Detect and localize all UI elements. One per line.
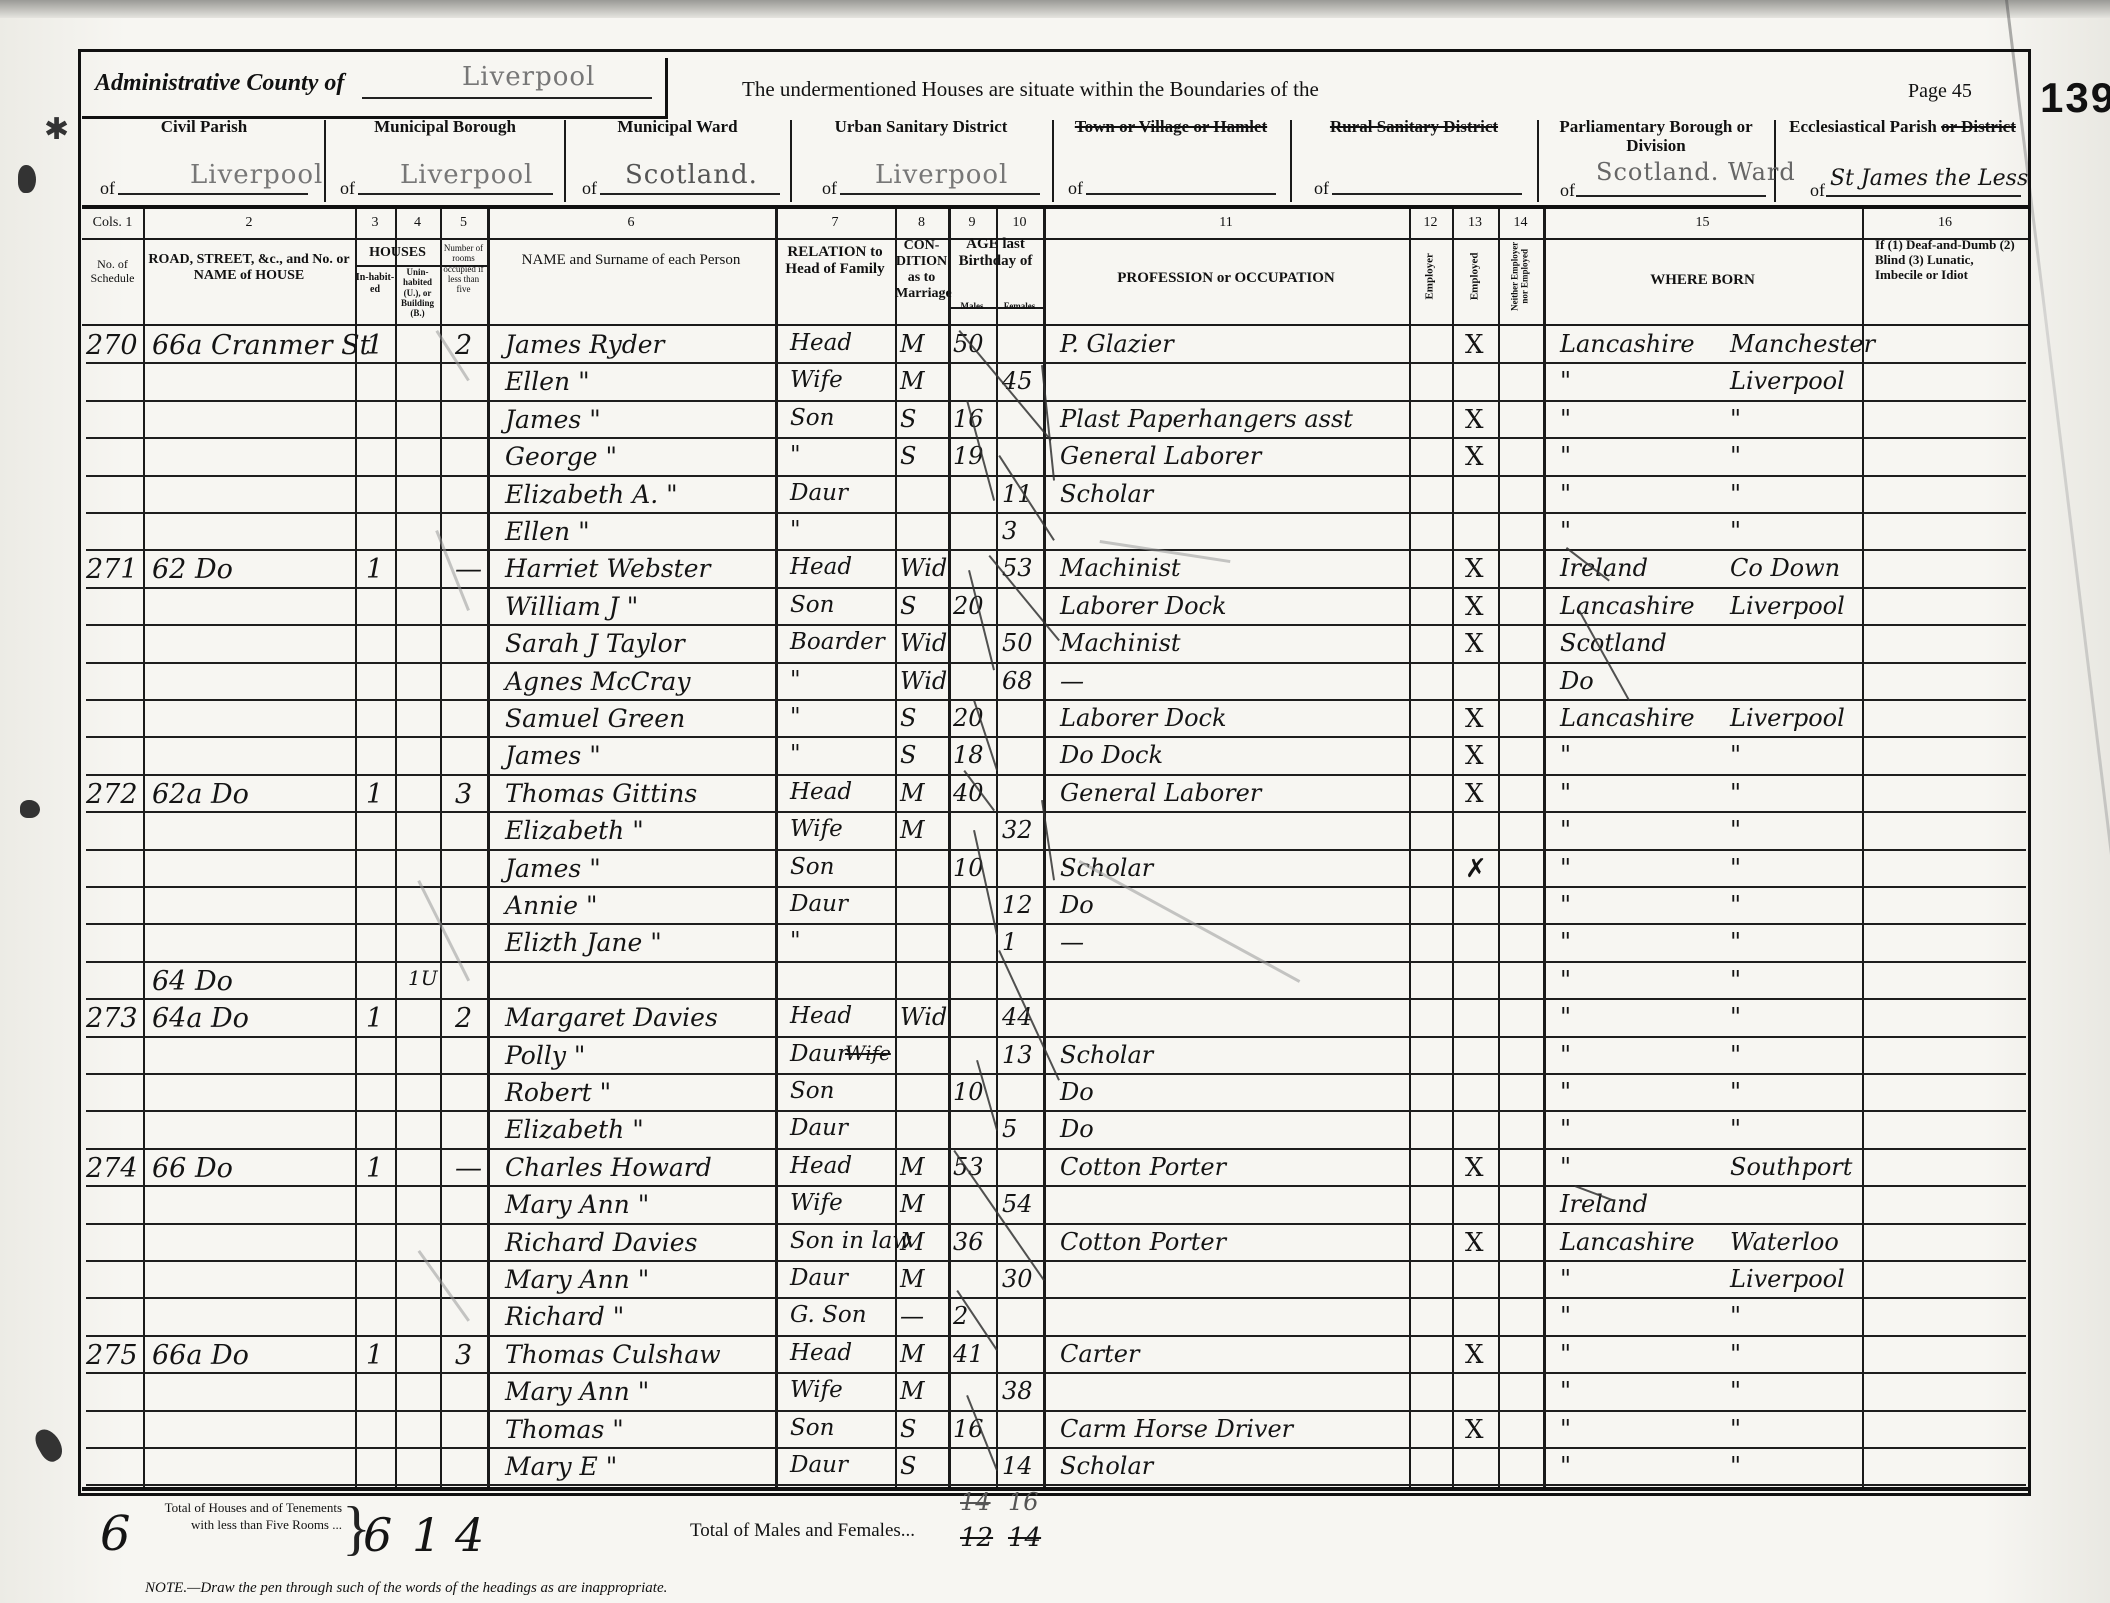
occupation: Machinist (1060, 631, 1181, 655)
relation-to-head: Son in law (790, 1230, 912, 1253)
birthplace-town: " (1730, 930, 1741, 954)
birthplace-county: " (1560, 1080, 1571, 1104)
houses-inhabited: 1 (366, 556, 383, 583)
birthplace-town: " (1730, 818, 1741, 842)
header-schedule: No. of Schedule (82, 258, 143, 286)
row-rule (86, 811, 2026, 813)
district-label-rural-sanitary: Rural Sanitary District (1296, 118, 1532, 137)
admin-county-label: Administrative County of (95, 70, 344, 97)
row-rule (86, 886, 2026, 888)
birthplace-town: " (1730, 407, 1741, 431)
marital-condition: M (900, 1155, 925, 1179)
district-divider (1290, 120, 1292, 202)
schedule-number: 274 (86, 1155, 138, 1182)
of-label: of (100, 178, 115, 199)
birthplace-county: Do (1560, 669, 1594, 693)
column-number: 4 (395, 215, 440, 231)
marital-condition: M (900, 1230, 925, 1254)
age-female: 54 (1002, 1192, 1033, 1216)
occupation: Laborer Dock (1060, 706, 1227, 730)
row-rule (86, 923, 2026, 925)
birthplace-town: Liverpool (1730, 706, 1845, 730)
person-name: Robert " (505, 1080, 611, 1105)
district-divider (1052, 120, 1054, 202)
rooms-occupied: 3 (455, 1342, 472, 1369)
header-name: NAME and Surname of each Person (520, 252, 742, 269)
underline (1576, 195, 1766, 197)
relation-to-head: " (790, 519, 801, 542)
of-label: of (340, 178, 355, 199)
underline (1332, 193, 1522, 195)
header-condition: CON-DITION as to Marriage (895, 238, 948, 302)
relation-to-head: G. Son (790, 1304, 867, 1327)
age-female: 3 (1002, 519, 1017, 543)
header-occupation: PROFESSION or OCCUPATION (1043, 270, 1409, 287)
district-value-parliamentary: Scotland. Ward (1596, 158, 1796, 186)
district-value-ecclesiastical: St James the Less (1830, 168, 2028, 190)
row-rule (86, 362, 2026, 364)
birthplace-county: " (1560, 1379, 1571, 1403)
relation-to-head: Wife (790, 818, 843, 841)
header-females: Females (996, 301, 1043, 311)
relation-to-head: Boarder (790, 631, 885, 654)
person-name: Elizabeth " (505, 1117, 644, 1142)
person-name: William J " (505, 594, 638, 619)
marital-condition: M (900, 1342, 925, 1366)
rooms-occupied: — (455, 556, 482, 583)
birthplace-county: " (1560, 407, 1571, 431)
occupation: Plast Paperhangers asst (1060, 407, 1353, 431)
relation-to-head: Head (790, 1155, 852, 1178)
rooms-occupied: — (455, 1155, 482, 1182)
birthplace-county: " (1560, 444, 1571, 468)
houses-inhabited: 1 (366, 1342, 383, 1369)
ecclesiastical-label-main: Ecclesiastical Parish (1789, 117, 1937, 136)
total-males-struck: 14 (960, 1490, 991, 1514)
relation-to-head: Head (790, 1005, 852, 1028)
district-label-municipal-borough: Municipal Borough (330, 118, 560, 137)
of-label: of (1068, 178, 1083, 199)
occupation: Scholar (1060, 1043, 1153, 1067)
header-employed: Employed (1469, 241, 1482, 311)
district-divider (790, 120, 792, 202)
person-name: Mary Ann " (505, 1267, 649, 1292)
relation-to-head: Daur (790, 893, 848, 916)
employed-mark: X (1465, 594, 1484, 620)
row-rule (86, 624, 2026, 626)
birthplace-county: " (1560, 1117, 1571, 1141)
birthplace-town: " (1730, 1080, 1741, 1104)
relation-to-head: Daur (790, 1454, 848, 1477)
birthplace-town: " (1730, 968, 1741, 992)
column-number: 13 (1452, 215, 1498, 231)
admin-county-value: Liverpool (462, 62, 595, 92)
age-female: 30 (1002, 1267, 1033, 1291)
relation-to-head: Head (790, 332, 852, 355)
marital-condition: S (900, 706, 916, 730)
occupation: Scholar (1060, 1454, 1153, 1478)
occupation: Do (1060, 893, 1094, 917)
relation-to-head: Head (790, 1342, 852, 1365)
total-females: 14 (1008, 1525, 1041, 1551)
person-name: Charles Howard (505, 1155, 712, 1180)
relation-struck: Wife (845, 1043, 891, 1063)
age-male: 36 (953, 1230, 984, 1254)
occupation: Cotton Porter (1060, 1230, 1226, 1254)
person-name: Margaret Davies (505, 1005, 718, 1030)
employed-mark: X (1465, 556, 1484, 582)
person-name: Mary Ann " (505, 1379, 649, 1404)
occupation: General Laborer (1060, 781, 1261, 805)
column-number: 6 (487, 215, 775, 231)
marital-condition: M (900, 332, 925, 356)
birthplace-town: Southport (1730, 1155, 1852, 1179)
birthplace-town: " (1730, 781, 1741, 805)
totals-rule (82, 1487, 2028, 1491)
marital-condition: S (900, 594, 916, 618)
relation-to-head: Wife (790, 369, 843, 392)
birthplace-county: " (1560, 1304, 1571, 1328)
birthplace-county: " (1560, 1043, 1571, 1067)
ink-blot (20, 800, 40, 818)
birthplace-town: " (1730, 1342, 1741, 1366)
birthplace-town: " (1730, 1379, 1741, 1403)
relation-to-head: Daur (790, 1267, 848, 1290)
person-name: Annie " (505, 893, 598, 918)
address: 66a Do (152, 1342, 249, 1369)
row-rule (86, 1447, 2026, 1449)
relation-to-head: Son (790, 1080, 834, 1103)
person-name: Richard Davies (505, 1230, 697, 1255)
relation-to-head: Daur (790, 482, 848, 505)
person-name: Thomas Culshaw (505, 1342, 721, 1367)
marital-condition: Wid (900, 1005, 947, 1029)
birthplace-town: " (1730, 1043, 1741, 1067)
row-rule (86, 437, 2026, 439)
marital-condition: Wid (900, 631, 947, 655)
total-houses-label: Total of Houses and of Tenements with le… (162, 1500, 342, 1534)
ink-blot (18, 165, 36, 193)
person-name: James " (505, 856, 601, 881)
column-number: 10 (996, 215, 1043, 231)
employed-mark: X (1465, 1155, 1484, 1181)
schedule-number: 271 (86, 556, 138, 583)
header-rooms: Number of rooms occupied if less than fi… (440, 243, 487, 295)
employed-mark: X (1465, 631, 1484, 657)
district-label-town-village: Town or Village or Hamlet (1058, 118, 1284, 137)
relation-to-head: Son (790, 1417, 834, 1440)
header-relation: RELATION to Head of Family (775, 244, 895, 279)
district-label-parliamentary: Parliamentary Borough or Division (1556, 118, 1756, 155)
employed-mark: ✗ (1465, 856, 1487, 882)
underline (358, 193, 553, 195)
boundaries-heading: The undermentioned Houses are situate wi… (742, 77, 1319, 102)
occupation: Cotton Porter (1060, 1155, 1226, 1179)
age-female: 13 (1002, 1043, 1033, 1067)
occupation: Laborer Dock (1060, 594, 1227, 618)
employed-mark: X (1465, 1230, 1484, 1256)
person-name: Elizth Jane " (505, 930, 662, 955)
margin-mark-asterisk: ✱ (44, 112, 69, 147)
header-inhabited: In-habit-ed (355, 272, 395, 295)
address: 62a Do (152, 781, 249, 808)
of-label: of (1314, 178, 1329, 199)
column-number: 9 (948, 215, 996, 231)
header-employer: Employer (1424, 241, 1437, 311)
total-persons-label: Total of Males and Females... (690, 1520, 915, 1542)
admin-county-underline (362, 97, 652, 99)
underline (600, 193, 780, 195)
birthplace-county: " (1560, 968, 1571, 992)
person-name: Ellen " (505, 369, 590, 394)
marital-condition: S (900, 1417, 916, 1441)
schedule-number: 275 (86, 1342, 138, 1369)
birthplace-county: Scotland (1560, 631, 1667, 655)
relation-to-head: Wife (790, 1192, 843, 1215)
employed-mark: X (1465, 332, 1484, 358)
folio-stamp: 139 (2040, 74, 2110, 122)
address: 66 Do (152, 1155, 233, 1182)
age-male: 18 (953, 743, 984, 767)
row-rule (86, 1297, 2026, 1299)
birthplace-town: " (1730, 856, 1741, 880)
row-rule (86, 699, 2026, 701)
relation-to-head: " (790, 444, 801, 467)
row-rule (86, 1185, 2026, 1187)
row-rule (86, 736, 2026, 738)
birthplace-county: " (1560, 482, 1571, 506)
row-rule (86, 1260, 2026, 1262)
column-number: 5 (440, 215, 487, 231)
age-female: 12 (1002, 893, 1033, 917)
row-rule (86, 1335, 2026, 1337)
total-schedules: 6 (100, 1510, 131, 1558)
district-divider (1537, 120, 1539, 202)
row-rule (86, 849, 2026, 851)
person-name: Elizabeth A. " (505, 482, 678, 507)
district-label-urban-sanitary: Urban Sanitary District (796, 118, 1046, 137)
rooms-occupied: 2 (455, 1005, 472, 1032)
occupation: Do (1060, 1117, 1094, 1141)
row-rule (86, 662, 2026, 664)
column-number: 14 (1498, 215, 1543, 231)
person-name: Ellen " (505, 519, 590, 544)
birthplace-town: " (1730, 893, 1741, 917)
person-name: Thomas Gittins (505, 781, 697, 806)
marital-condition: — (900, 1304, 924, 1328)
schedule-number: 273 (86, 1005, 138, 1032)
occupation: Carm Horse Driver (1060, 1417, 1293, 1441)
birthplace-county: " (1560, 369, 1571, 393)
age-female: 1 (1002, 930, 1017, 954)
employed-mark: X (1465, 743, 1484, 769)
address: 62 Do (152, 556, 233, 583)
of-label: of (822, 178, 837, 199)
houses-inhabited: 1 (366, 781, 383, 808)
row-rule (86, 961, 2026, 963)
age-female: 32 (1002, 818, 1033, 842)
total-rooms: 4 (455, 1512, 484, 1558)
district-divider (324, 120, 326, 202)
district-label-municipal-ward: Municipal Ward (570, 118, 785, 137)
row-rule (86, 998, 2026, 1000)
birthplace-county: " (1560, 818, 1571, 842)
birthplace-town: " (1730, 482, 1741, 506)
houses-uninhabited: 1U (408, 968, 438, 988)
person-name: Polly " (505, 1043, 585, 1068)
birthplace-county: " (1560, 1417, 1571, 1441)
birthplace-town: Manchester (1730, 332, 1875, 356)
relation-to-head: " (790, 669, 801, 692)
page-edge-shadow (0, 0, 2110, 18)
age-female: 14 (1002, 1454, 1033, 1478)
occupation: P. Glazier (1060, 332, 1174, 356)
person-name: Mary Ann " (505, 1192, 649, 1217)
person-name: Agnes McCray (505, 669, 690, 694)
of-label: of (582, 178, 597, 199)
relation-to-head: Head (790, 556, 852, 579)
schedule-number: 272 (86, 781, 138, 808)
column-number: 11 (1043, 215, 1409, 231)
employed-mark: X (1465, 444, 1484, 470)
address: 66a Cranmer St (152, 332, 371, 359)
marital-condition: Wid (900, 669, 947, 693)
age-female: 38 (1002, 1379, 1033, 1403)
birthplace-county: " (1560, 781, 1571, 805)
underline (1086, 193, 1276, 195)
birthplace-town: Liverpool (1730, 594, 1845, 618)
age-male: 2 (953, 1304, 968, 1328)
relation-to-head: " (790, 706, 801, 729)
person-name: Elizabeth " (505, 818, 644, 843)
header-males: Males (948, 301, 996, 311)
birthplace-town: " (1730, 444, 1741, 468)
marital-condition: S (900, 1454, 916, 1478)
birthplace-county: Lancashire (1560, 1230, 1695, 1254)
birthplace-county: " (1560, 930, 1571, 954)
birthplace-county: Lancashire (1560, 332, 1695, 356)
column-number: 8 (895, 215, 948, 231)
marital-condition: M (900, 1379, 925, 1403)
district-label-civil-parish: Civil Parish (90, 118, 318, 137)
person-name: Sarah J Taylor (505, 631, 685, 656)
column-number: 15 (1543, 215, 1862, 231)
employed-mark: X (1465, 706, 1484, 732)
total-uninhabited: 1 (412, 1512, 441, 1558)
birthplace-town: Liverpool (1730, 369, 1845, 393)
row-rule (86, 1148, 2026, 1150)
relation-to-head: Son (790, 594, 834, 617)
row-rule (86, 549, 2026, 551)
birthplace-town: " (1730, 1005, 1741, 1029)
column-number: 7 (775, 215, 895, 231)
age-male: 10 (953, 1080, 984, 1104)
age-male: 41 (953, 1342, 984, 1366)
person-name: James " (505, 743, 601, 768)
birthplace-county: " (1560, 893, 1571, 917)
birthplace-town: " (1730, 743, 1741, 767)
column-number: 3 (355, 215, 395, 231)
birthplace-county: " (1560, 856, 1571, 880)
marital-condition: M (900, 1192, 925, 1216)
rooms-occupied: 2 (455, 332, 472, 359)
occupation: Scholar (1060, 482, 1153, 506)
row-rule (86, 1036, 2026, 1038)
employed-mark: X (1465, 1342, 1484, 1368)
employed-mark: X (1465, 407, 1484, 433)
header-age: AGE last Birthday of (948, 236, 1043, 271)
total-females-struck: 16 (1008, 1490, 1039, 1514)
header-address: ROAD, STREET, &c., and No. or NAME of HO… (145, 252, 353, 284)
relation-to-head: " (790, 743, 801, 766)
relation-to-head: Wife (790, 1379, 843, 1402)
occupation: — (1060, 669, 1084, 693)
birthplace-town: Co Down (1730, 556, 1840, 580)
marital-condition: S (900, 407, 916, 431)
houses-inhabited: 1 (366, 332, 383, 359)
marital-condition: Wid (900, 556, 947, 580)
of-label: of (1560, 180, 1575, 201)
underline (1826, 195, 2021, 197)
relation-to-head: Son (790, 856, 834, 879)
district-value-urban-sanitary: Liverpool (875, 160, 1008, 190)
page-number: Page 45 (1908, 80, 1972, 103)
marital-condition: S (900, 743, 916, 767)
district-value-civil-parish: Liverpool (190, 160, 323, 190)
header-rule (82, 238, 2028, 240)
birthplace-town: " (1730, 1454, 1741, 1478)
age-female: 5 (1002, 1117, 1017, 1141)
person-name: Thomas " (505, 1417, 624, 1442)
address: 64 Do (152, 968, 233, 995)
relation-to-head: Son (790, 407, 834, 430)
birthplace-county: " (1560, 1005, 1571, 1029)
header-rule (82, 324, 2028, 326)
birthplace-town: Liverpool (1730, 1267, 1845, 1291)
ecclesiastical-label-struck: or District (1941, 117, 2016, 136)
rooms-occupied: 3 (455, 781, 472, 808)
underline (118, 193, 308, 195)
row-rule (86, 1110, 2026, 1112)
footer-note: NOTE.—Draw the pen through such of the w… (145, 1580, 667, 1597)
row-rule (86, 587, 2026, 589)
person-name: James " (505, 407, 601, 432)
birthplace-town: " (1730, 519, 1741, 543)
relation-to-head: Daur (790, 1043, 848, 1066)
birthplace-town: " (1730, 1417, 1741, 1441)
birthplace-town: " (1730, 1117, 1741, 1141)
marital-condition: M (900, 818, 925, 842)
occupation: Carter (1060, 1342, 1139, 1366)
birthplace-town: Waterloo (1730, 1230, 1839, 1254)
houses-inhabited: 1 (366, 1155, 383, 1182)
houses-inhabited: 1 (366, 1005, 383, 1032)
row-rule (86, 1223, 2026, 1225)
occupation: — (1060, 930, 1084, 954)
schedule-number: 270 (86, 332, 138, 359)
birthplace-county: " (1560, 519, 1571, 543)
column-number: 12 (1409, 215, 1452, 231)
header-where-born: WHERE BORN (1543, 272, 1862, 289)
birthplace-county: " (1560, 743, 1571, 767)
district-divider (564, 120, 566, 202)
row-rule (86, 774, 2026, 776)
row-rule (86, 475, 2026, 477)
employed-mark: X (1465, 781, 1484, 807)
birthplace-county: " (1560, 1454, 1571, 1478)
district-label-ecclesiastical: Ecclesiastical Parish or District (1780, 118, 2025, 137)
address: 64a Do (152, 1005, 249, 1032)
